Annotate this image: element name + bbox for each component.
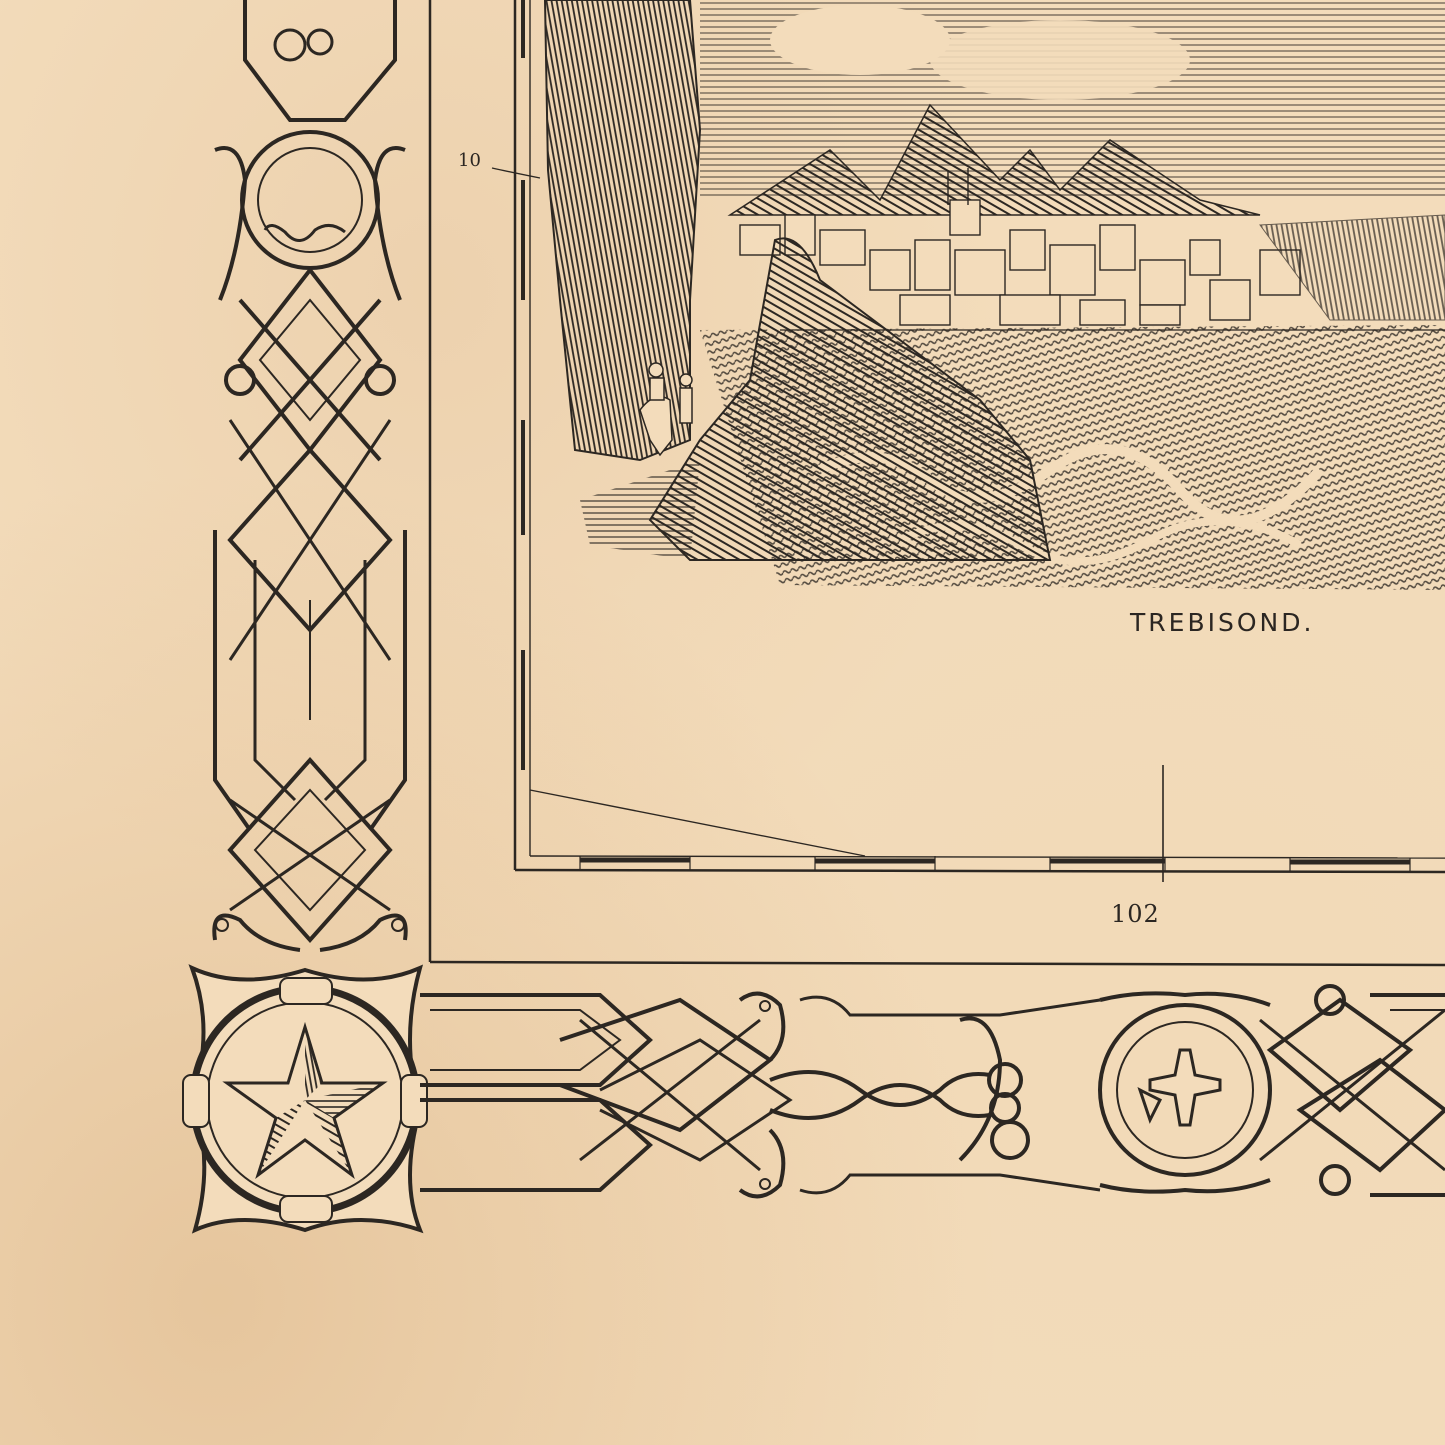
map-frame-artwork — [0, 0, 1445, 1445]
latitude-label: 10 — [458, 150, 481, 171]
left-knotwork-border — [214, 0, 405, 950]
star-in-rope-ring-icon — [183, 968, 427, 1230]
inset-title: TREBISOND. — [1130, 608, 1314, 637]
bottom-knotwork-border — [420, 986, 1445, 1196]
trebisond-vignette — [545, 0, 1445, 590]
longitude-label: 102 — [1111, 900, 1160, 928]
